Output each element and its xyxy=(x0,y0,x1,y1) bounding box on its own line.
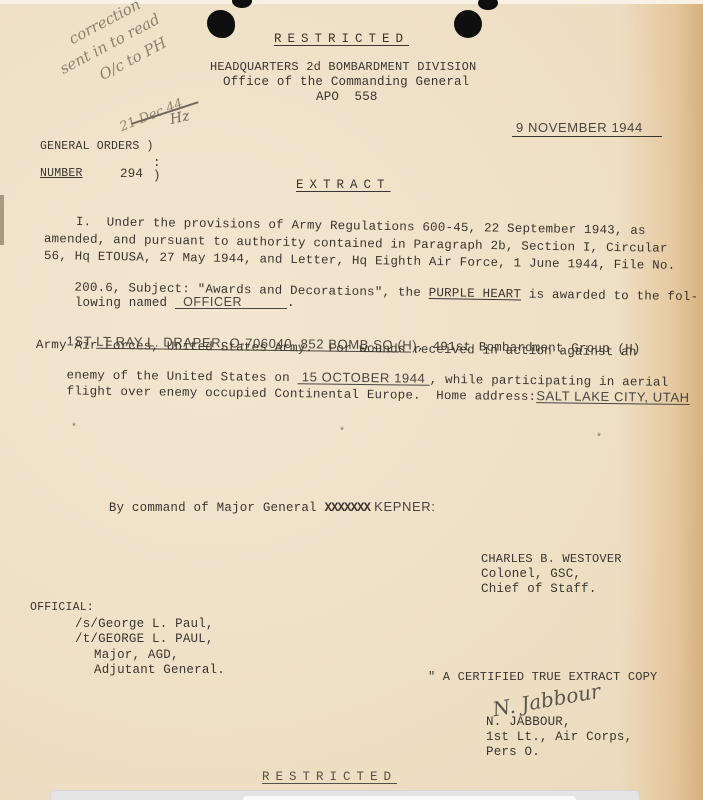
certifier-name: N. JABBOUR, xyxy=(486,715,571,729)
official-typed: /t/GEORGE L. PAUL, xyxy=(75,632,214,646)
certification-statement: " A CERTIFIED TRUE EXTRACT COPY xyxy=(428,670,657,684)
number-colon: : xyxy=(153,156,161,170)
official-signed: /s/George L. Paul, xyxy=(75,617,214,631)
page-edge-shadow xyxy=(0,195,4,245)
commanding-general-name: KEPNER: xyxy=(370,499,435,514)
header-unit: HEADQUARTERS 2d BOMBARDMENT DIVISION xyxy=(210,60,476,74)
command-line: By command of Major General XXXXXXX KEPN… xyxy=(78,486,435,529)
handwritten-note: correction sent in to read O/c to PH xyxy=(20,1,84,98)
number-value: 294 xyxy=(120,167,143,181)
number-label: NUMBER xyxy=(40,167,83,181)
certifier-rank: 1st Lt., Air Corps, xyxy=(486,730,632,744)
separator-star-1: * xyxy=(71,423,77,434)
punch-hole-left-top xyxy=(232,0,252,8)
para1-line5: lowing named OFFICER . xyxy=(44,281,295,324)
official-title: Adjutant General. xyxy=(94,663,225,677)
general-orders-label: GENERAL ORDERS ) xyxy=(40,140,154,154)
official-label: OFFICIAL: xyxy=(30,601,94,615)
number-bracket: ) xyxy=(153,169,161,183)
official-rank: Major, AGD, xyxy=(94,648,179,662)
classification-bottom: RESTRICTED xyxy=(262,770,397,784)
struck-name: XXXXXXX xyxy=(324,501,370,515)
date-underline xyxy=(512,136,662,137)
page-top-edge xyxy=(0,0,703,4)
header-office: Office of the Commanding General xyxy=(223,75,469,89)
punch-hole-right xyxy=(454,10,482,38)
chief-of-staff-title: Chief of Staff. xyxy=(481,582,597,596)
chief-of-staff-name: CHARLES B. WESTOVER xyxy=(481,552,622,566)
separator-star-3: * xyxy=(596,433,602,444)
certifier-office: Pers O. xyxy=(486,745,540,759)
punch-hole-left xyxy=(207,10,235,38)
separator-star-2: * xyxy=(339,427,345,438)
viewer-toolbar-field[interactable] xyxy=(243,796,576,800)
para1-line4-post: is awarded to the fol- xyxy=(521,287,698,304)
punch-hole-right-top xyxy=(478,0,498,10)
recipient-rank-class: OFFICER xyxy=(175,295,287,309)
home-address: SALT LAKE CITY, UTAH xyxy=(536,388,690,405)
order-date: 9 NOVEMBER 1944 xyxy=(516,120,643,135)
para2-line4-pre: flight over enemy occupied Continental E… xyxy=(66,384,536,404)
para1-line5-post: . xyxy=(287,296,295,310)
award-name: PURPLE HEART xyxy=(429,286,522,301)
chief-of-staff-rank: Colonel, GSC, xyxy=(481,567,581,581)
header-apo: APO 558 xyxy=(316,90,378,104)
classification-top: RESTRICTED xyxy=(274,32,409,46)
para1-line5-pre: lowing named xyxy=(75,296,175,310)
extract-title: EXTRACT xyxy=(296,178,391,192)
document-page: correction sent in to read O/c to PH 21 … xyxy=(0,0,703,800)
command-line-pre: By command of Major General xyxy=(109,501,325,515)
para2-line4: flight over enemy occupied Continental E… xyxy=(35,369,689,420)
handwritten-initials: Hz xyxy=(169,108,191,128)
